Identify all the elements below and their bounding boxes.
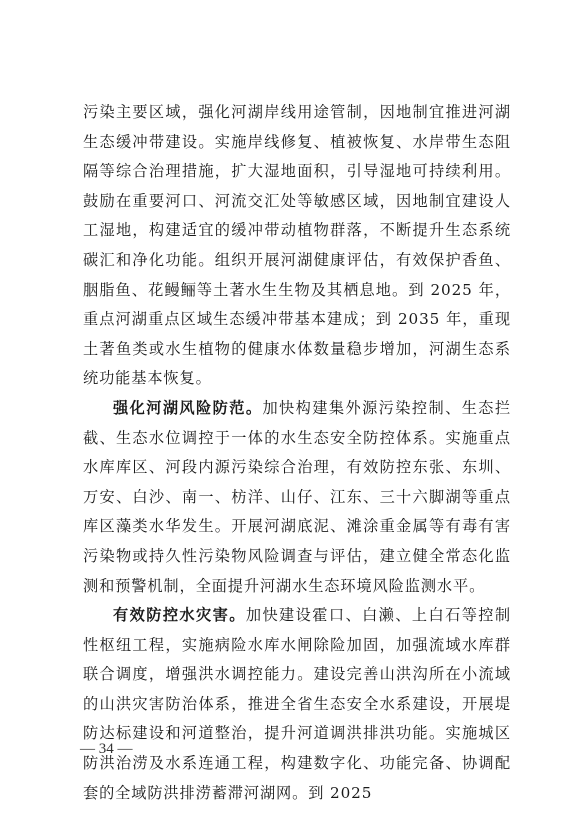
paragraph-text: 加快建设霍口、白濑、上白石等控制性枢纽工程，实施病险水库水闸除险加固，加强流域水… xyxy=(83,606,511,802)
page-number: — 34 — xyxy=(80,741,133,758)
paragraph-risk-prevention: 强化河湖风险防范。加快构建集外源污染控制、生态拦截、生态水位调控于一体的水生态安… xyxy=(83,394,511,601)
paragraph-lead: 强化河湖风险防范。 xyxy=(113,399,262,417)
body-text: 污染主要区域，强化河湖岸线用途管制，因地制宜推进河湖生态缓冲带建设。实施岸线修复… xyxy=(83,98,511,808)
paragraph-ecological-buffer: 污染主要区域，强化河湖岸线用途管制，因地制宜推进河湖生态缓冲带建设。实施岸线修复… xyxy=(83,98,511,394)
paragraph-text: 加快构建集外源污染控制、生态拦截、生态水位调控于一体的水生态安全防控体系。实施重… xyxy=(83,399,511,595)
document-page: 污染主要区域，强化河湖岸线用途管制，因地制宜推进河湖生态缓冲带建设。实施岸线修复… xyxy=(0,0,578,818)
paragraph-lead: 有效防控水灾害。 xyxy=(113,606,246,624)
paragraph-text: 污染主要区域，强化河湖岸线用途管制，因地制宜推进河湖生态缓冲带建设。实施岸线修复… xyxy=(83,103,511,387)
paragraph-flood-control: 有效防控水灾害。加快建设霍口、白濑、上白石等控制性枢纽工程，实施病险水库水闸除险… xyxy=(83,601,511,808)
